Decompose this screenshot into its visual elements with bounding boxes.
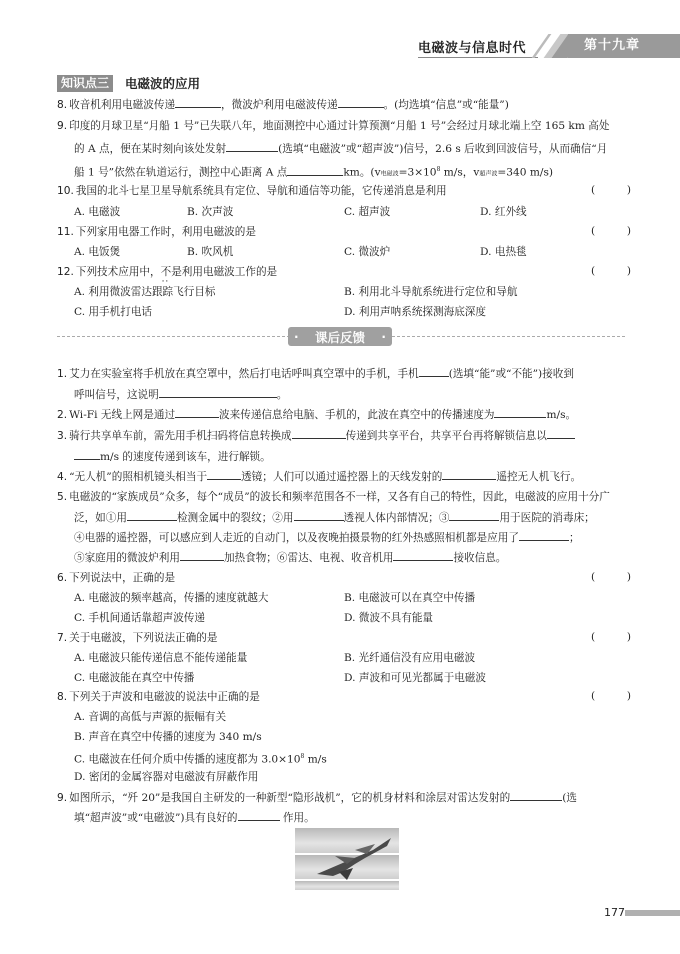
question-8-line: 8.收音机利用电磁波传递，微波炉利用电磁波传递。(均选填“信息”或“能量”) [57,97,509,112]
after-class-banner: · 课后反馈 · [288,327,392,346]
question-number: 9. [57,792,67,804]
answer-blank[interactable] [510,790,562,801]
p2-question-9-line-1: 9.如图所示，“歼 20”是我国自主研发的一种新型“隐形战机”，它的机身材料和涂… [57,790,577,805]
chapter-header: 电磁波与信息时代 第十九章 [418,34,680,58]
question-text: (选 [562,792,577,804]
question-number: 11. [57,226,74,238]
option-c[interactable]: C. 手机间通话靠超声波传递 [74,611,205,625]
question-text: =3×10 [399,167,437,179]
answer-parentheses[interactable]: () [591,265,631,277]
option-c[interactable]: C. 电磁波能在真空中传播 [74,671,194,685]
question-number: 8. [57,691,67,703]
answer-blank[interactable] [393,550,453,561]
answer-blank[interactable] [175,407,219,418]
chapter-name: 电磁波与信息时代 [418,37,526,56]
paren-open: ( [591,690,595,702]
question-text: 呼叫信号，这说明 [74,389,159,401]
question-text: 骑行共享单车前，需先用手机扫码将信息转换成 [69,430,291,442]
answer-blank[interactable] [519,530,569,541]
question-number: 3. [57,430,67,442]
question-number: 1. [57,368,67,380]
banner-label: 课后反馈 [315,328,365,346]
paren-close: ) [627,631,631,643]
option-b[interactable]: B. 利用北斗导航系统进行定位和导航 [344,285,517,299]
question-text: 透视人体内部情况；③ [344,512,450,524]
question-text: 下列说法中，正确的是 [69,572,175,584]
subscript: 超声波 [479,171,497,178]
banner-dot: · [381,330,386,344]
option-a[interactable]: A. 电磁波 [74,205,120,219]
question-text: =340 m/s) [497,167,553,179]
answer-blank[interactable] [449,510,499,521]
question-number: 9. [57,120,67,132]
question-text: 波来传递信息给电脑、手机的，此波在真空中的传播速度为 [219,409,494,421]
question-10-stem: 10.我国的北斗七星卫星导航系统具有定位、导航和通信等功能，它传递消息是利用 [57,184,447,198]
header-underline [418,57,538,58]
option-a[interactable]: A. 利用微波雷达跟踪飞行目标 [74,285,216,299]
question-text: (选填“能”或“不能”)接收到 [449,368,574,380]
stealth-fighter-photo [295,828,399,890]
question-text: (选填“电磁波”或“超声波”)信号，2.6 s 后收到回波信号，从而确信“月 [278,143,607,155]
answer-parentheses[interactable]: () [591,631,631,643]
answer-blank[interactable] [442,469,496,480]
p2-question-7-stem: 7.关于电磁波，下列说法正确的是 [57,631,217,645]
answer-blank[interactable] [287,165,343,176]
question-text: ，微波炉利用电磁波传递 [221,99,338,111]
question-text: ④电器的遥控器，可以感应到人走近的自动门，以及夜晚拍摄景物的红外热感照相机都是应… [74,532,519,544]
question-text: 印度的月球卫星“月船 1 号”已失联八年，地面测控中心通过计算预测“月船 1 号… [69,120,609,132]
p2-question-9-line-2: 填“超声波”或“电磁波”)具有良好的 作用。 [74,810,315,825]
answer-blank[interactable] [547,428,575,439]
question-text: 用于医院的消毒床； [499,512,594,524]
question-text: 遥控无人机飞行。 [496,471,581,483]
answer-parentheses[interactable]: () [591,184,631,196]
option-c[interactable]: C. 用手机打电话 [74,305,152,319]
question-text: 船 1 号”依然在轨道运行，测控中心距离 A 点 [74,167,287,179]
answer-blank[interactable] [238,810,280,821]
answer-blank[interactable] [419,366,449,377]
section-badge: 知识点三 [57,75,113,92]
paren-close: ) [627,571,631,583]
question-text: 填“超声波”或“电磁波”)具有良好的 [74,812,238,824]
question-text: 电磁波的“家族成员”众多，每个“成员”的波长和频率范围各不一样，又各有自己的特性… [69,491,610,503]
option-d[interactable]: D. 密闭的金属容器对电磁波有屏蔽作用 [74,770,258,784]
question-text: 艾力在实验室将手机放在真空罩中，然后打电话呼叫真空罩中的手机，手机 [69,368,419,380]
chapter-tab: 第十九章 [568,34,680,58]
option-c[interactable]: C. 超声波 [344,205,390,219]
banner-dot: · [294,330,299,344]
question-text: 利用电磁波工作的是 [182,266,277,278]
question-text: 检测金属中的裂纹；②用 [177,512,294,524]
question-text: 加热食物；⑥雷达、电视、收音机用 [224,552,394,564]
question-text: 透镜；人们可以通过遥控器上的天线发射的 [241,471,442,483]
option-d[interactable]: D. 声波和可见光都属于电磁波 [344,671,486,685]
option-b[interactable]: B. 次声波 [187,205,233,219]
question-text: km。(v [343,167,380,179]
question-text: 我国的北斗七星卫星导航系统具有定位、导航和通信等功能，它传递消息是利用 [76,185,447,197]
question-text: m/s 的速度传递到该车，进行解锁。 [100,451,271,463]
p2-question-4: 4.“无人机”的照相机镜头相当于透镜；人们可以通过遥控器上的天线发射的遥控无人机… [57,469,581,484]
paren-open: ( [591,265,595,277]
paren-open: ( [591,225,595,237]
option-c[interactable]: C. 微波炉 [344,245,390,259]
option-d[interactable]: D. 利用声呐系统探测海底深度 [344,305,486,319]
answer-blank[interactable] [294,510,344,521]
section-heading: 知识点三 电磁波的应用 [57,74,200,92]
answer-blank[interactable] [292,428,346,439]
answer-blank[interactable] [74,449,100,460]
p2-question-1-line-2: 呼叫信号，这说明。 [74,387,287,402]
question-number: 8. [57,99,67,111]
fighter-jet-icon [295,828,399,890]
question-text: 作用。 [280,812,315,824]
emphasized-text: 不是 [161,266,182,278]
question-text: 传递到共享平台，共享平台再将解锁信息以 [346,430,547,442]
paren-open: ( [591,184,595,196]
answer-parentheses[interactable]: () [591,571,631,583]
answer-blank[interactable] [338,97,384,108]
paren-close: ) [627,184,631,196]
question-text: “无人机”的照相机镜头相当于 [69,471,207,483]
paren-open: ( [591,631,595,643]
question-text: 下列家用电器工作时，利用电磁波的是 [76,226,256,238]
question-number: 5. [57,491,67,503]
option-a[interactable]: A. 音调的高低与声源的振幅有关 [74,710,226,724]
question-number: 10. [57,185,74,197]
question-text: Wi-Fi 无线上网是通过 [69,409,175,421]
answer-blank[interactable] [207,469,241,480]
p2-question-5-line-1: 5.电磁波的“家族成员”众多，每个“成员”的波长和频率范围各不一样，又各有自己的… [57,490,610,504]
option-b[interactable]: B. 光纤通信没有应用电磁波 [344,651,475,665]
p2-question-1-line-1: 1.艾力在实验室将手机放在真空罩中，然后打电话呼叫真空罩中的手机，手机(选填“能… [57,366,574,381]
option-d[interactable]: D. 电热毯 [480,245,527,259]
question-text: 如图所示，“歼 20”是我国自主研发的一种新型“隐形战机”，它的机身材料和涂层对… [69,792,510,804]
question-text: 关于电磁波，下列说法正确的是 [69,632,217,644]
option-text: m/s [304,754,326,766]
option-b[interactable]: B. 吹风机 [187,245,233,259]
answer-parentheses[interactable]: () [591,225,631,237]
p2-question-5-line-3: ④电器的遥控器，可以感应到人走近的自动门，以及夜晚拍摄景物的红外热感照相机都是应… [74,530,580,545]
paren-close: ) [627,265,631,277]
question-number: 2. [57,409,67,421]
p2-question-5-line-2: 泛，如①用检测金属中的裂纹；②用透视人体内部情况；③用于医院的消毒床； [74,510,595,525]
p2-question-6-stem: 6.下列说法中，正确的是 [57,571,175,585]
p2-question-2: 2.Wi-Fi 无线上网是通过波来传递信息给电脑、手机的，此波在真空中的传播速度… [57,407,576,422]
option-text: C. 电磁波在任何介质中传播的速度都为 3.0×10 [74,754,301,766]
question-text: 泛，如①用 [74,512,127,524]
option-b[interactable]: B. 声音在真空中传播的速度为 340 m/s [74,730,262,744]
question-text: 收音机利用电磁波传递 [69,99,175,111]
question-9-line-2: 的 A 点，便在某时刻向该处发射(选填“电磁波”或“超声波”)信号，2.6 s … [74,141,607,156]
p2-question-3-line-2: m/s 的速度传递到该车，进行解锁。 [74,449,271,464]
subscript: 电磁波 [381,171,399,178]
p2-question-3-line-1: 3.骑行共享单车前，需先用手机扫码将信息转换成传递到共享平台，共享平台再将解锁信… [57,428,575,443]
option-a[interactable]: A. 电磁波只能传递信息不能传递能量 [74,651,247,665]
question-number: 7. [57,632,67,644]
question-text: 接收信息。 [453,552,506,564]
paren-close: ) [627,225,631,237]
p2-question-8-stem: 8.下列关于声波和电磁波的说法中正确的是 [57,690,260,704]
question-text: m/s，v [440,167,479,179]
question-text: 。(均选填“信息”或“能量”) [384,99,509,111]
option-a[interactable]: A. 电磁波的频率越高，传播的速度就越大 [74,591,268,605]
p2-question-5-line-4: ⑤家庭用的微波炉利用加热食物；⑥雷达、电视、收音机用接收信息。 [74,550,506,565]
option-a[interactable]: A. 电饭煲 [74,245,120,259]
question-number: 12. [57,266,74,278]
page-number: 177 [604,906,625,919]
question-text: ； [569,532,580,544]
answer-parentheses[interactable]: () [591,690,631,702]
question-12-stem: 12.下列技术应用中，不是利用电磁波工作的是 [57,265,277,279]
question-text: 下列技术应用中， [76,266,161,278]
answer-blank[interactable] [159,387,277,398]
question-text: m/s。 [546,409,576,421]
question-text: ⑤家庭用的微波炉利用 [74,552,180,564]
question-text: 下列关于声波和电磁波的说法中正确的是 [69,691,260,703]
option-b[interactable]: B. 电磁波可以在真空中传播 [344,591,475,605]
section-title: 电磁波的应用 [125,74,200,92]
question-9-line-3: 船 1 号”依然在轨道运行，测控中心距离 A 点km。(v电磁波=3×108 m… [74,163,553,182]
answer-blank[interactable] [226,141,278,152]
option-d[interactable]: D. 微波不具有能量 [344,611,433,625]
paren-open: ( [591,571,595,583]
paren-close: ) [627,690,631,702]
page-number-bar [625,910,680,916]
question-11-stem: 11.下列家用电器工作时，利用电磁波的是 [57,225,256,239]
answer-blank[interactable] [180,550,224,561]
question-text: 。 [277,389,288,401]
question-text: 的 A 点，便在某时刻向该处发射 [74,143,226,155]
chapter-tab-label: 第十九章 [584,38,640,53]
option-c[interactable]: C. 电磁波在任何介质中传播的速度都为 3.0×108 m/s [74,750,327,767]
answer-blank[interactable] [127,510,177,521]
question-number: 6. [57,572,67,584]
answer-blank[interactable] [175,97,221,108]
question-9-line-1: 9.印度的月球卫星“月船 1 号”已失联八年，地面测控中心通过计算预测“月船 1… [57,119,609,133]
question-number: 4. [57,471,67,483]
textbook-page: 电磁波与信息时代 第十九章 知识点三 电磁波的应用 8.收音机利用电磁波传递，微… [0,0,680,954]
answer-blank[interactable] [494,407,546,418]
option-d[interactable]: D. 红外线 [480,205,527,219]
